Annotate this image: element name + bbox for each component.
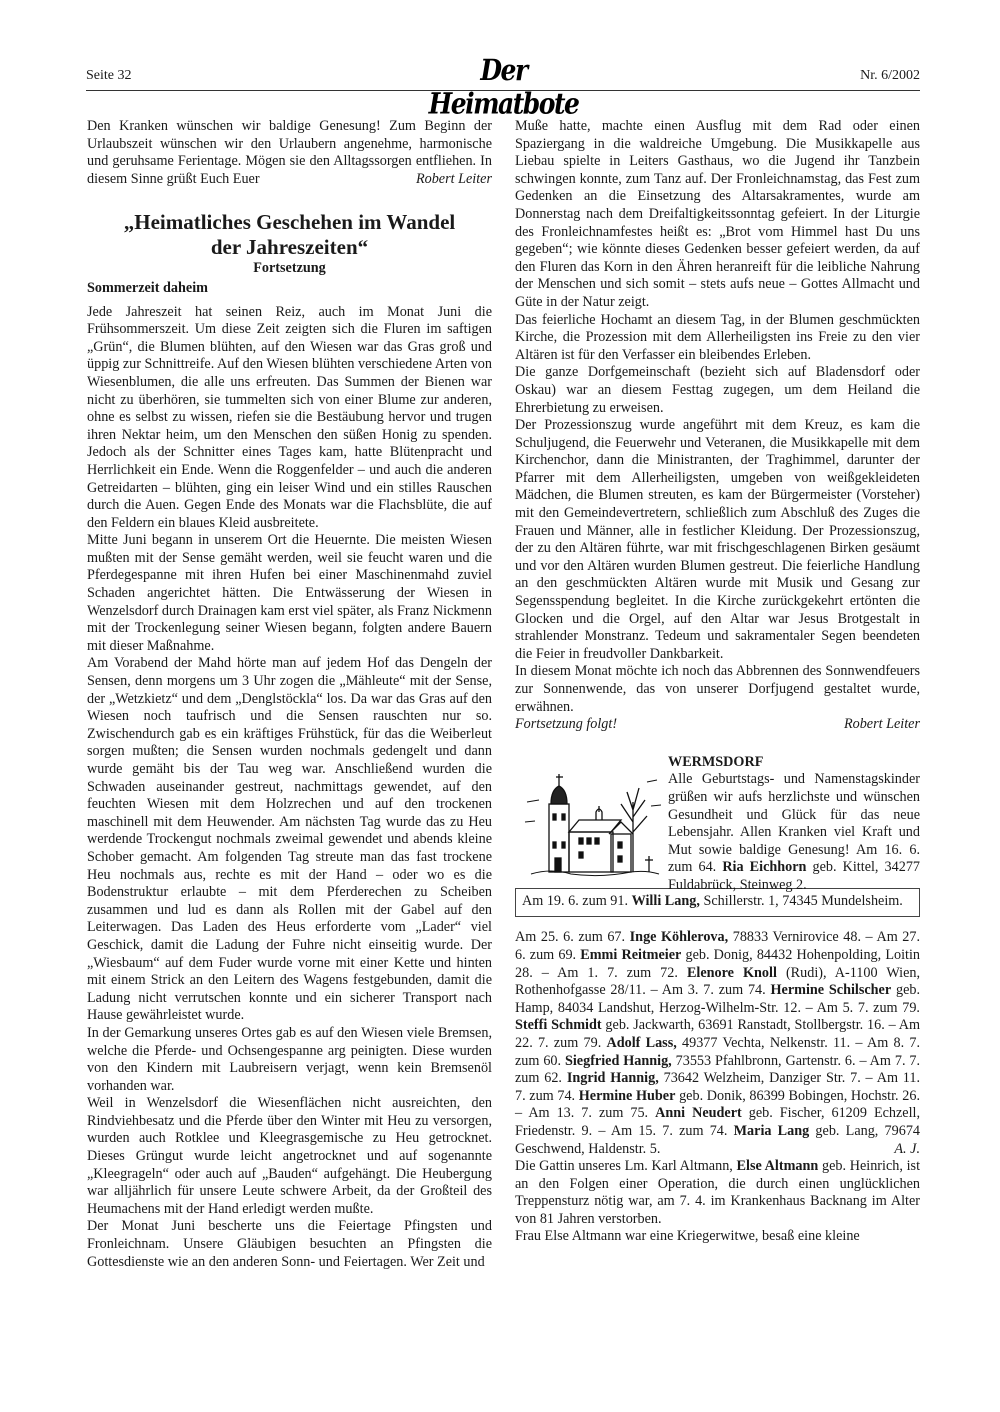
person-name: Emmi Reitmeier — [580, 947, 681, 963]
article-paragraph: Der Monat Juni bescherte uns die Feierta… — [87, 1218, 492, 1271]
article-paragraph: Jede Jahreszeit hat seinen Reiz, auch im… — [87, 304, 492, 533]
article-subtitle: Fortsetzung — [87, 260, 492, 278]
person-name: Adolf Lass, — [606, 1035, 676, 1051]
masthead-logo: Der Heimatbote — [421, 54, 586, 121]
person-name: Anni Neudert — [655, 1105, 742, 1121]
article-paragraph: Mitte Juni begann in unserem Ort die Heu… — [87, 532, 492, 655]
section-heading: Sommerzeit daheim — [87, 280, 492, 298]
obituary-paragraph: Die Gattin unseres Lm. Karl Altmann, Els… — [515, 1158, 920, 1228]
section-heading-wermsdorf: WERMSDORF — [668, 754, 920, 772]
continuation-note: Fortsetzung folgt! — [515, 716, 617, 734]
person-name: Else Altmann — [737, 1158, 819, 1174]
intro-signature: Robert Leiter — [416, 171, 492, 189]
article-paragraph: Weil in Wenzelsdorf die Wiesenflächen ni… — [87, 1095, 492, 1218]
newsletter-page: Seite 32 Der Heimatbote Nr. 6/2002 Den K… — [86, 0, 920, 1412]
article-paragraph: Die ganze Dorfgemeinschaft (bezieht sich… — [515, 364, 920, 417]
birthday-list: Am 25. 6. zum 67. Inge Köhlerova, 78833 … — [515, 929, 920, 1158]
person-name: Inge Köhlerova, — [630, 929, 729, 945]
wermsdorf-greeting: WERMSDORF Alle Geburtstags- und Namensta… — [668, 754, 920, 895]
issue-number: Nr. 6/2002 — [860, 68, 920, 84]
article-paragraph: In diesem Monat möchte ich noch das Abbr… — [515, 663, 920, 716]
wermsdorf-section: WERMSDORF Alle Geburtstags- und Namensta… — [515, 754, 920, 874]
article-paragraph: Am Vorabend der Mahd hörte man auf jedem… — [87, 655, 492, 1024]
birthdays-signature: A. J. — [894, 1141, 920, 1159]
person-name: Elenore Knoll — [687, 965, 777, 981]
article-paragraph: Muße hatte, machte einen Ausflug mit dem… — [515, 118, 920, 312]
person-name: Siegfried Hannig, — [565, 1053, 672, 1069]
article-title-block: „Heimatliches Geschehen im Wandel der Ja… — [87, 210, 492, 278]
person-name: Hermine Huber — [579, 1088, 676, 1104]
header-divider — [86, 90, 920, 91]
article-paragraph: In der Gemarkung unseres Ortes gab es au… — [87, 1025, 492, 1095]
page-number: Seite 32 — [86, 68, 132, 84]
right-column: Muße hatte, machte einen Ausflug mit dem… — [515, 118, 920, 1246]
page-header: Seite 32 Der Heimatbote Nr. 6/2002 — [86, 64, 920, 90]
article-title: „Heimatliches Geschehen im Wandel der Ja… — [87, 210, 492, 260]
article-paragraph: Der Prozessionszug wurde angeführt mit d… — [515, 417, 920, 663]
intro-paragraph: Den Kranken wünschen wir baldige Genesun… — [87, 118, 492, 188]
article-paragraph: Das feierliche Hochamt an diesem Tag, in… — [515, 312, 920, 365]
church-illustration-icon — [523, 772, 663, 884]
person-name: Steffi Schmidt — [515, 1017, 602, 1033]
continuation-line: Fortsetzung folgt! Robert Leiter — [515, 716, 920, 734]
person-name: Maria Lang — [734, 1123, 810, 1139]
person-name: Hermine Schilscher — [771, 982, 892, 998]
left-column: Den Kranken wünschen wir baldige Genesun… — [87, 118, 492, 1271]
person-name: Ria Eichhorn — [722, 859, 806, 875]
person-name: Willi Lang, — [632, 893, 700, 909]
closing-paragraph: Frau Else Altmann war eine Kriegerwitwe,… — [515, 1228, 920, 1246]
person-name: Ingrid Hannig, — [567, 1070, 659, 1086]
article-signature: Robert Leiter — [844, 716, 920, 734]
